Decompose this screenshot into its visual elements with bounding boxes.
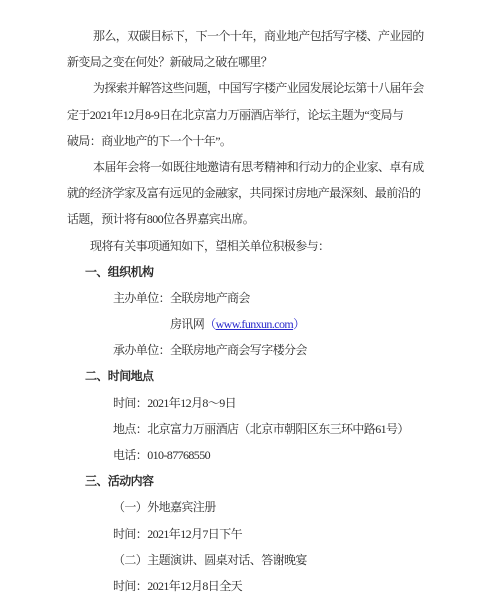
funxun-url-link[interactable]: www.funxun.com bbox=[216, 317, 293, 331]
paren-open: （ bbox=[204, 317, 215, 331]
organizer-unit-line: 承办单位：全联房地产商会写字楼分会 bbox=[0, 337, 500, 363]
activity-1-title-line: （一）外地嘉宾注册 bbox=[0, 494, 500, 520]
paragraph-intro-line-2: 新变局之变在何处？新破局之破在哪里？ bbox=[0, 49, 500, 75]
paragraph-guests-line-2: 就的经济学家及富有远见的金融家，共同探讨房地产最深刻、最前沿的 bbox=[0, 180, 500, 206]
activity-1-time-line: 时间：2021年12月7日下午 bbox=[0, 521, 500, 547]
paragraph-guests-line-1: 本届年会将一如既往地邀请有思考精神和行动力的企业家、卓有成 bbox=[0, 154, 500, 180]
funxun-site-line: 房讯网（www.funxun.com） bbox=[0, 311, 500, 337]
paren-close: ） bbox=[293, 317, 304, 331]
section-heading-organization: 一、组织机构 bbox=[0, 259, 500, 285]
section-heading-time-place: 二、时间地点 bbox=[0, 363, 500, 389]
site-name-label: 房讯网 bbox=[170, 317, 204, 331]
paragraph-forum-line-1: 为探索并解答这些问题，中国写字楼产业园发展论坛第十八届年会 bbox=[0, 75, 500, 101]
paragraph-forum-line-2: 定于2021年12月8-9日在北京富力万丽酒店举行，论坛主题为“变局与 bbox=[0, 102, 500, 128]
section-heading-activities: 三、活动内容 bbox=[0, 468, 500, 494]
paragraph-intro-line-1: 那么，双碳目标下，下一个十年，商业地产包括写字楼、产业园的 bbox=[0, 23, 500, 49]
activity-2-title-line: （二）主题演讲、圆桌对话、答谢晚宴 bbox=[0, 547, 500, 573]
paragraph-guests-line-3: 话题，预计将有800位各界嘉宾出席。 bbox=[0, 206, 500, 232]
event-place-line: 地点：北京富力万丽酒店（北京市朝阳区东三环中路61号） bbox=[0, 416, 500, 442]
event-phone-line: 电话：010-87768550 bbox=[0, 442, 500, 468]
paragraph-forum-line-3: 破局：商业地产的下一个十年”。 bbox=[0, 128, 500, 154]
event-time-line: 时间：2021年12月8～9日 bbox=[0, 390, 500, 416]
activity-2-time-line: 时间：2021年12月8日全天 bbox=[0, 573, 500, 599]
host-unit-line: 主办单位：全联房地产商会 bbox=[0, 285, 500, 311]
paragraph-notice-line: 现将有关事项通知如下，望相关单位积极参与： bbox=[0, 233, 500, 259]
document-page: 那么，双碳目标下，下一个十年，商业地产包括写字楼、产业园的 新变局之变在何处？新… bbox=[0, 0, 500, 615]
